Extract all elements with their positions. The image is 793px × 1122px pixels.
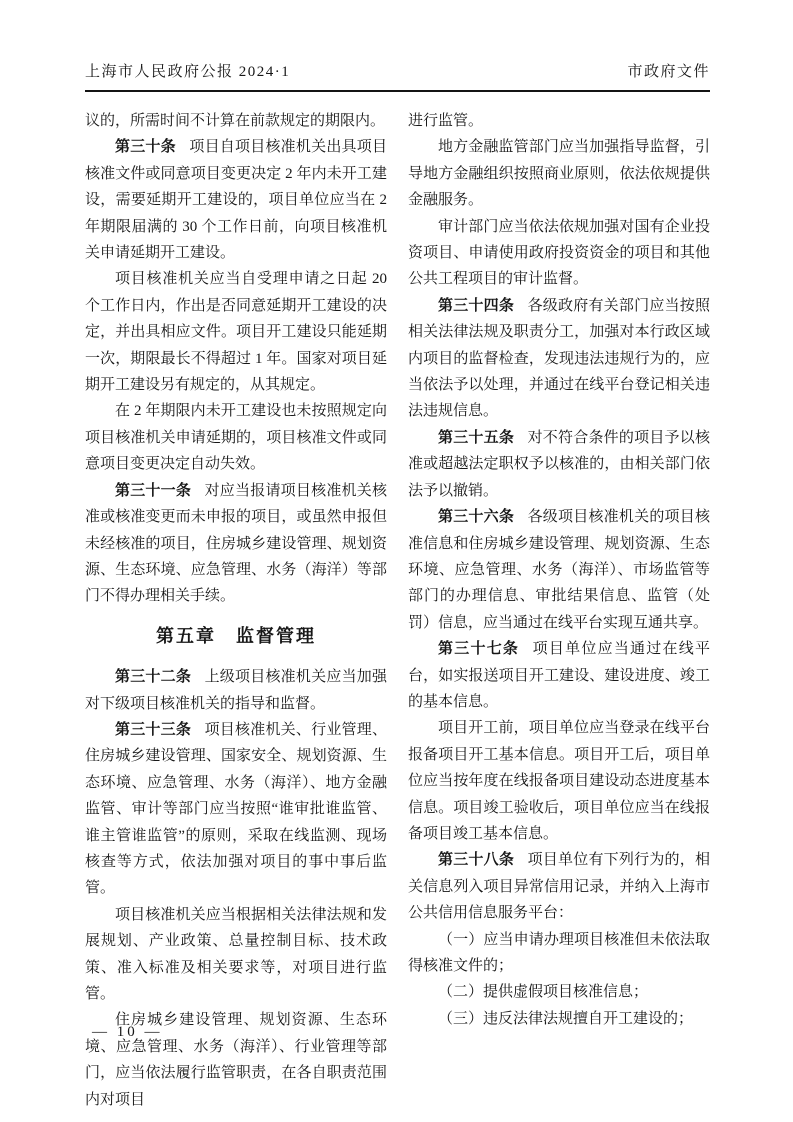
article-paragraph: 第三十二条上级项目核准机关应当加强对下级项目核准机关的指导和监督。	[85, 664, 387, 717]
left-column: 议的，所需时间不计算在前款规定的期限内。第三十条项目自项目核准机关出具项目核准文…	[85, 108, 387, 1113]
article-number: 第三十条	[115, 139, 176, 155]
page-header: 上海市人民政府公报 2024·1 市政府文件	[85, 60, 710, 92]
article-number: 第三十一条	[115, 483, 191, 499]
article-paragraph: 第三十条项目自项目核准机关出具项目核准文件或同意项目变更决定 2 年内未开工建设…	[85, 134, 387, 266]
paragraph: 项目开工前，项目单位应当登录在线平台报备项目开工基本信息。项目开工后，项目单位应…	[408, 715, 710, 847]
article-paragraph: 第三十七条项目单位应当通过在线平台，如实报送项目开工建设、建设进度、竣工的基本信…	[408, 636, 710, 715]
section-label: 市政府文件	[627, 60, 710, 81]
article-number: 第三十四条	[438, 298, 514, 314]
article-paragraph: 第三十一条对应当报请项目核准机关核准或核准变更而未申报的项目，或虽然申报但未经核…	[85, 478, 387, 610]
article-number: 第三十七条	[438, 641, 519, 657]
paragraph: （三）违反法律法规擅自开工建设的；	[408, 1006, 710, 1032]
page-footer: — 10 —	[92, 1024, 163, 1041]
paragraph: 议的，所需时间不计算在前款规定的期限内。	[85, 108, 387, 134]
article-paragraph: 第三十四条各级政府有关部门应当按照相关法律法规及职责分工，加强对本行政区域内项目…	[408, 293, 710, 425]
gazette-title: 上海市人民政府公报 2024·1	[85, 60, 290, 81]
article-paragraph: 第三十六条各级项目核准机关的项目核准信息和住房城乡建设管理、规划资源、生态环境、…	[408, 504, 710, 636]
article-number: 第三十二条	[115, 669, 191, 685]
paragraph: 地方金融监管部门应当加强指导监督，引导地方金融组织按照商业原则，依法依规提供金融…	[408, 134, 710, 213]
article-number: 第三十六条	[438, 509, 514, 525]
article-paragraph: 第三十五条对不符合条件的项目予以核准或超越法定职权予以核准的，由相关部门依法予以…	[408, 425, 710, 504]
right-column: 进行监管。地方金融监管部门应当加强指导监督，引导地方金融组织按照商业原则，依法依…	[408, 108, 710, 1113]
article-paragraph: 第三十八条项目单位有下列行为的，相关信息列入项目异常信用记录，并纳入上海市公共信…	[408, 847, 710, 926]
paragraph: 项目核准机关应当根据相关法律法规和发展规划、产业政策、总量控制目标、技术政策、准…	[85, 902, 387, 1008]
article-body: 议的，所需时间不计算在前款规定的期限内。第三十条项目自项目核准机关出具项目核准文…	[85, 108, 710, 1113]
paragraph: 项目核准机关应当自受理申请之日起 20 个工作日内，作出是否同意延期开工建设的决…	[85, 266, 387, 398]
paragraph: （二）提供虚假项目核准信息；	[408, 979, 710, 1005]
page-number: — 10 —	[92, 1024, 163, 1040]
document-page: 上海市人民政府公报 2024·1 市政府文件 议的，所需时间不计算在前款规定的期…	[0, 0, 793, 1122]
article-number: 第三十八条	[438, 852, 514, 868]
paragraph: 进行监管。	[408, 108, 710, 134]
paragraph: 在 2 年期限内未开工建设也未按照规定向项目核准机关申请延期的，项目核准文件或同…	[85, 398, 387, 477]
paragraph: （一）应当申请办理项目核准但未依法取得核准文件的；	[408, 927, 710, 980]
paragraph: 审计部门应当依法依规加强对国有企业投资项目、申请使用政府投资资金的项目和其他公共…	[408, 214, 710, 293]
article-number: 第三十五条	[438, 430, 514, 446]
article-paragraph: 第三十三条项目核准机关、行业管理、住房城乡建设管理、国家安全、规划资源、生态环境…	[85, 717, 387, 902]
article-number: 第三十三条	[115, 722, 191, 738]
chapter-heading: 第五章 监督管理	[85, 623, 387, 649]
